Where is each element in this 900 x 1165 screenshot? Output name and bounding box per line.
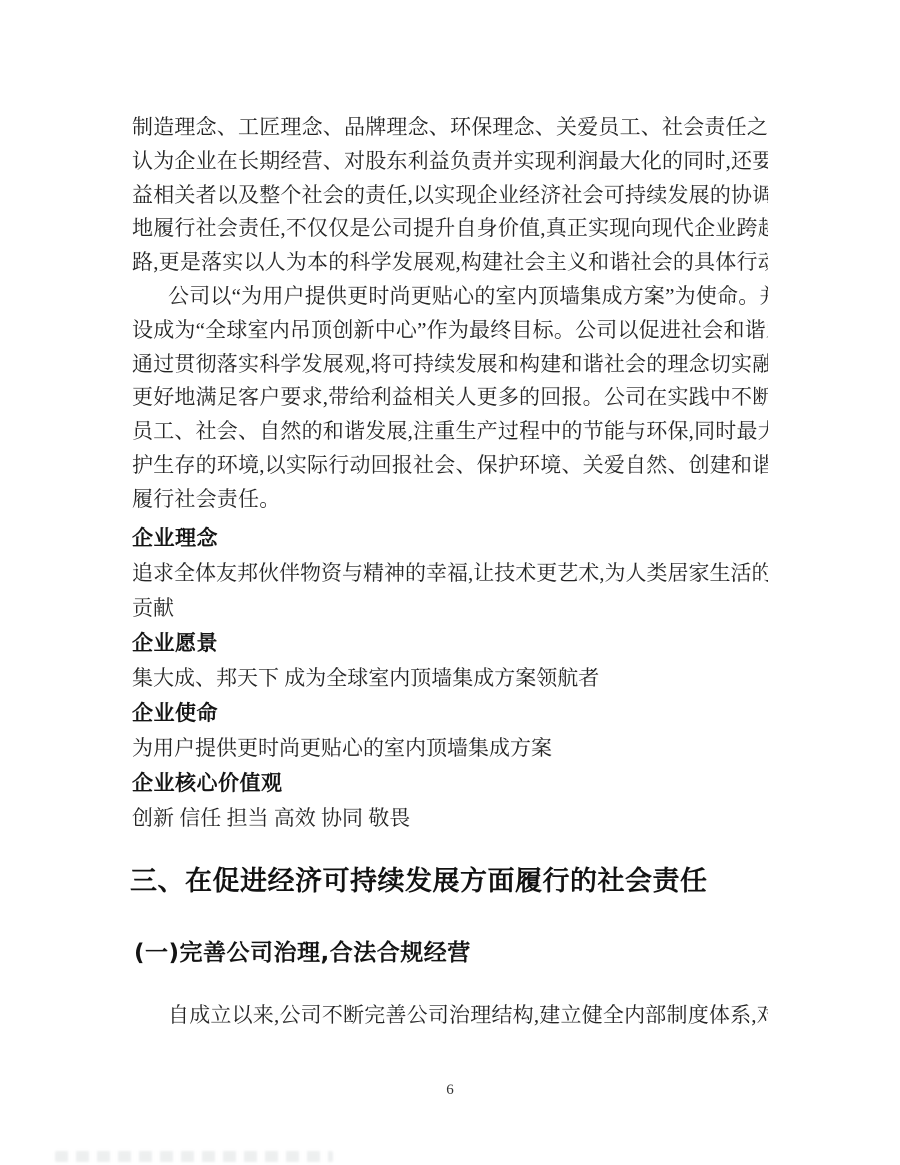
scan-artifact — [55, 1151, 333, 1162]
culture-sections: 企业理念 追求全体友邦伙伴物资与精神的幸福,让技术更艺术,为人类居家生活的美好做… — [132, 521, 768, 836]
text-line: 为用户提供更时尚更贴心的室内顶墙集成方案 — [132, 731, 768, 766]
text-line: 设成为“全球室内吊顶创新中心”作为最终目标。公司以促进社会和谐发展为己任, — [132, 314, 768, 348]
paragraph-governance: 自成立以来,公司不断完善公司治理结构,建立健全内部制度体系,对董事、 — [132, 999, 768, 1033]
paragraph-company-mission: 公司以“为用户提供更时尚更贴心的室内顶墙集成方案”为使命。并把公司建 设成为“全… — [132, 280, 768, 517]
text-line: 制造理念、工匠理念、品牌理念、环保理念、关爱员工、社会责任之中。公司始终 — [132, 111, 768, 145]
text-line: 益相关者以及整个社会的责任,以实现企业经济社会可持续发展的协调关系。认真 — [132, 179, 768, 213]
text-line: 集大成、邦天下 成为全球室内顶墙集成方案领航者 — [132, 661, 768, 696]
text-line: 公司以“为用户提供更时尚更贴心的室内顶墙集成方案”为使命。并把公司建 — [132, 280, 768, 314]
text-line: 创新 信任 担当 高效 协同 敬畏 — [132, 801, 768, 836]
paragraph-company-philosophy: 制造理念、工匠理念、品牌理念、环保理念、关爱员工、社会责任之中。公司始终 认为企… — [132, 111, 768, 280]
section-heading-vision: 企业愿景 — [132, 626, 768, 661]
section-heading-philosophy: 企业理念 — [132, 521, 768, 556]
text-line: 地履行社会责任,不仅仅是公司提升自身价值,真正实现向现代企业跨越的必经之 — [132, 212, 768, 246]
text-line: 追求全体友邦伙伴物资与精神的幸福,让技术更艺术,为人类居家生活的美好做出 — [132, 556, 768, 591]
document-page: 制造理念、工匠理念、品牌理念、环保理念、关爱员工、社会责任之中。公司始终 认为企… — [0, 0, 900, 1165]
chapter-heading: 三、在促进经济可持续发展方面履行的社会责任 — [130, 863, 830, 901]
text-line: 更好地满足客户要求,带给利益相关人更多的回报。公司在实践中不断追求企业与 — [132, 381, 768, 415]
text-line: 护生存的环境,以实际行动回报社会、保护环境、关爱自然、创建和谐的发展环境, — [132, 449, 768, 483]
text-line: 认为企业在长期经营、对股东利益负责并实现利润最大化的同时,还要承担起对利 — [132, 145, 768, 179]
page-number: 6 — [0, 1079, 900, 1101]
text-line: 路,更是落实以人为本的科学发展观,构建社会主义和谐社会的具体行动体现。 — [132, 246, 768, 280]
text-line: 自成立以来,公司不断完善公司治理结构,建立健全内部制度体系,对董事、 — [132, 999, 768, 1033]
section-subheading: (一)完善公司治理,合法合规经营 — [134, 937, 784, 969]
section-heading-core-values: 企业核心价值观 — [132, 766, 768, 801]
text-line: 履行社会责任。 — [132, 483, 768, 517]
section-heading-mission: 企业使命 — [132, 696, 768, 731]
text-line: 贡献 — [132, 591, 768, 626]
text-line: 员工、社会、自然的和谐发展,注重生产过程中的节能与环保,同时最大程度地保 — [132, 415, 768, 449]
text-line: 通过贯彻落实科学发展观,将可持续发展和构建和谐社会的理念切实融入企业文化, — [132, 348, 768, 382]
